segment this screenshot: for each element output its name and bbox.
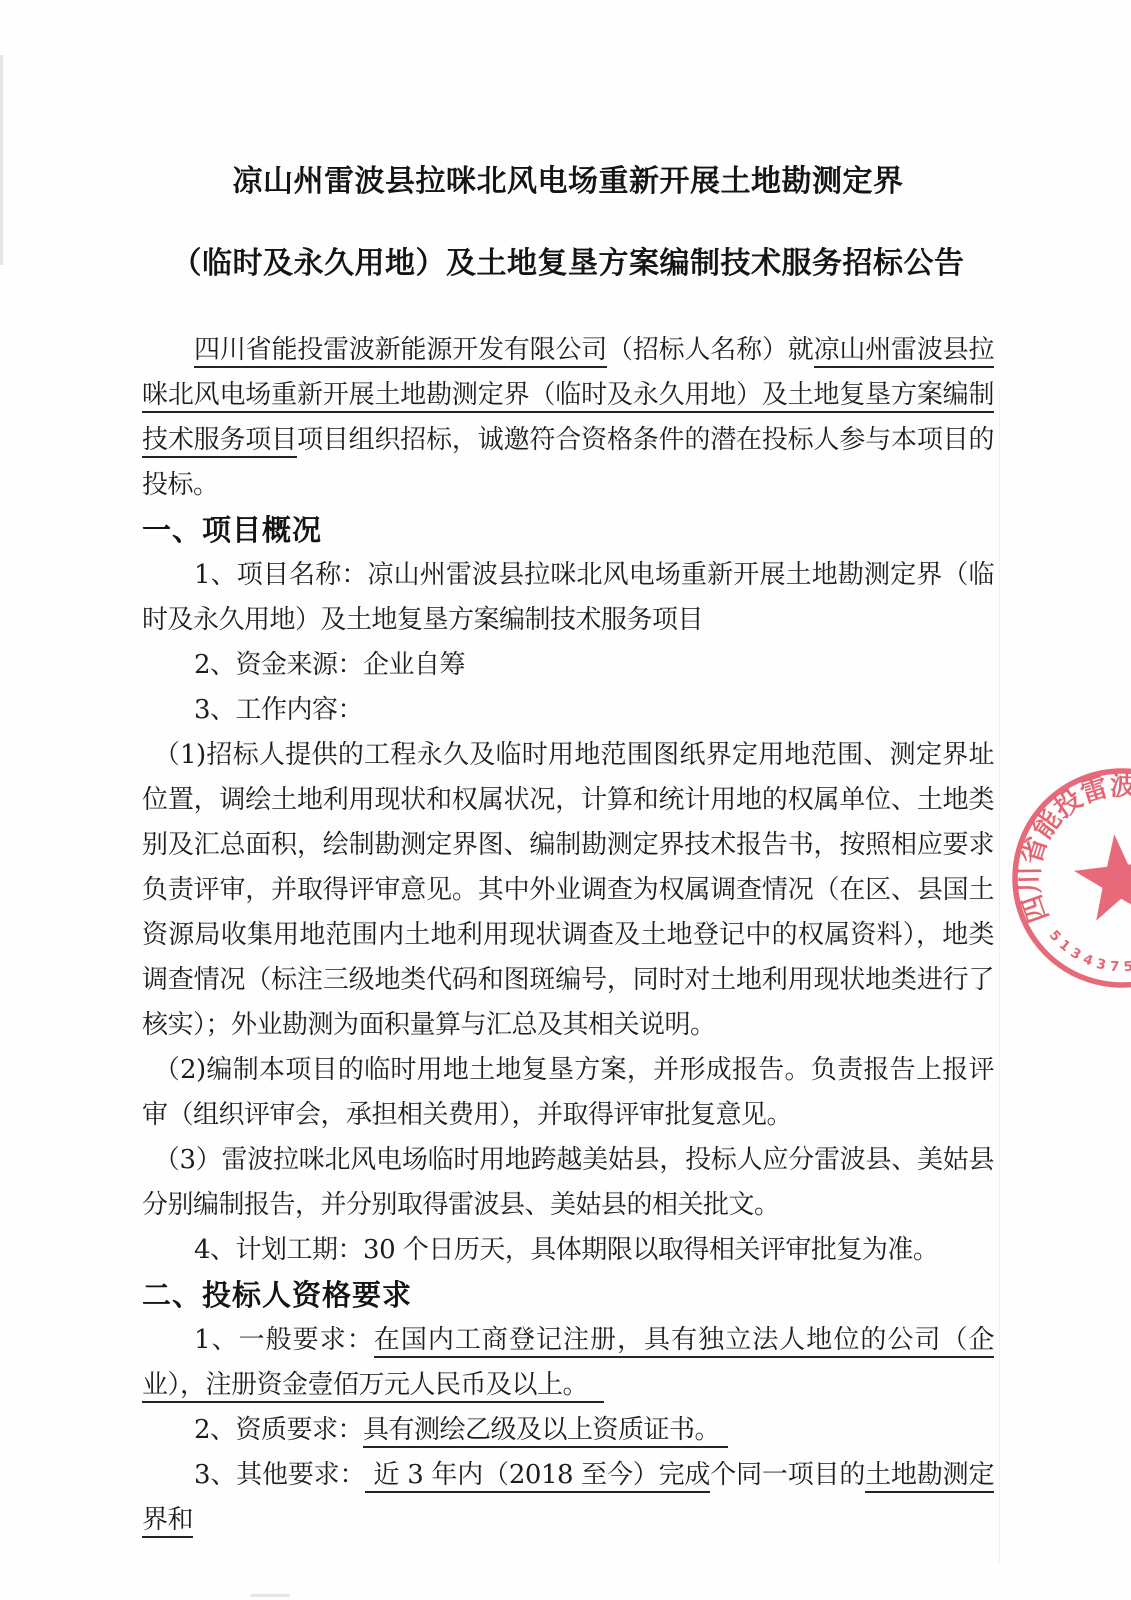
intro-paragraph: 四川省能投雷波新能源开发有限公司（招标人名称）就凉山州雷波县拉咪北风电场重新开展… [142, 328, 994, 508]
document-title-line-1: 凉山州雷波县拉咪北风电场重新开展土地勘测定界 [142, 162, 994, 202]
requirement-1-label: 1、一般要求： [194, 1325, 374, 1355]
work-content-detail-1: （1)招标人提供的工程永久及临时用地范围图纸界定用地范围、测定界址位置，调绘土地… [142, 733, 994, 1048]
requirement-3-underlined-a: 近 3 年内（2018 至今）完成 [365, 1460, 710, 1493]
requirement-3: 3、其他要求： 近 3 年内（2018 至今）完成个同一项目的土地勘测定界和 [142, 1453, 994, 1543]
scanned-document-page: 凉山州雷波县拉咪北风电场重新开展土地勘测定界 （临时及永久用地）及土地复垦方案编… [0, 0, 1131, 1600]
scan-edge-artifact [0, 55, 3, 265]
requirement-2: 2、资质要求：具有测绘乙级及以上资质证书。 [142, 1408, 994, 1453]
funding-source-item: 2、资金来源：企业自筹 [142, 643, 994, 688]
document-body: 凉山州雷波县拉咪北风电场重新开展土地勘测定界 （临时及永久用地）及土地复垦方案编… [142, 162, 994, 1543]
scan-smudge [250, 1594, 290, 1597]
bidder-name-underlined: 四川省能投雷波新能源开发有限公司 [194, 335, 607, 368]
document-title-line-2: （临时及永久用地）及土地复垦方案编制技术服务招标公告 [142, 244, 994, 284]
requirement-2-underlined: 具有测绘乙级及以上资质证书。 [363, 1415, 728, 1448]
project-name-item: 1、项目名称：凉山州雷波县拉咪北风电场重新开展土地勘测定界（临时及永久用地）及土… [142, 553, 994, 643]
scan-crease-line [999, 388, 1000, 1563]
intro-plain-text: （招标人名称）就 [607, 335, 814, 365]
section-1-heading: 一、项目概况 [142, 508, 994, 553]
requirement-2-label: 2、资质要求： [194, 1415, 363, 1445]
seal-star-icon [1071, 830, 1131, 923]
seal-code-arc-text: 513437500 [1046, 927, 1131, 975]
requirement-1: 1、一般要求：在国内工商登记注册，具有独立法人地位的公司（企业），注册资金壹佰万… [142, 1318, 994, 1408]
schedule-item: 4、计划工期：30 个日历天，具体期限以取得相关评审批复为准。 [142, 1228, 994, 1273]
company-seal-stamp: 四川省能投雷波新能源开发有限公司 513437500 [1002, 758, 1131, 998]
section-2-heading: 二、投标人资格要求 [142, 1273, 994, 1318]
requirement-3-label: 3、其他要求： [194, 1460, 365, 1490]
work-content-item: 3、工作内容： [142, 688, 994, 733]
work-content-detail-2: （2)编制本项目的临时用地土地复垦方案，并形成报告。负责报告上报评审（组织评审会… [142, 1048, 994, 1138]
requirement-3-plain: 个同一项目的 [710, 1460, 865, 1490]
work-content-detail-3: （3）雷波拉咪北风电场临时用地跨越美姑县，投标人应分雷波县、美姑县分别编制报告，… [142, 1138, 994, 1228]
